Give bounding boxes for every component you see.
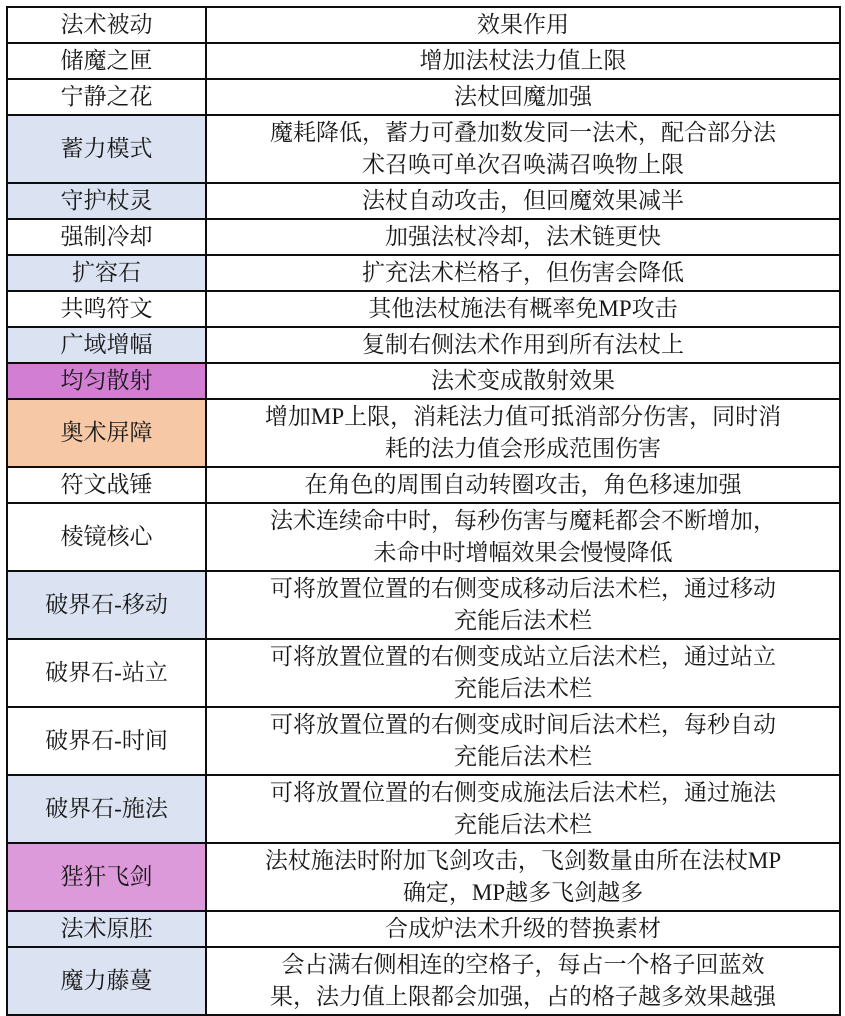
table-row: 宁静之花 法杖回魔加强: [7, 79, 840, 115]
passive-name-cell: 广域增幅: [7, 327, 206, 363]
table-row: 破界石-施法 可将放置位置的右侧变成施法后法术栏，通过施法 充能后法术栏: [7, 775, 840, 843]
passive-name-cell: 储魔之匣: [7, 43, 206, 79]
passive-name-cell: 扩容石: [7, 255, 206, 291]
table-row: 魔力藤蔓 会占满右侧相连的空格子，每占一个格子回蓝效 果，法力值上限都会加强，占…: [7, 947, 840, 1015]
passive-name-cell: 符文战锤: [7, 467, 206, 503]
passive-name-cell: 强制冷却: [7, 219, 206, 255]
table-row: 破界石-时间 可将放置位置的右侧变成时间后法术栏，每秒自动 充能后法术栏: [7, 707, 840, 775]
table-row: 法术原胚 合成炉法术升级的替换素材: [7, 911, 840, 947]
effect-cell: 法术变成散射效果: [206, 363, 840, 399]
passive-name-cell: 共鸣符文: [7, 291, 206, 327]
effect-cell: 在角色的周围自动转圈攻击，角色移速加强: [206, 467, 840, 503]
passive-name-cell: 破界石-时间: [7, 707, 206, 775]
passive-name-cell: 破界石-站立: [7, 639, 206, 707]
effect-cell: 魔耗降低，蓄力可叠加数发同一法术，配合部分法 术召唤可单次召唤满召唤物上限: [206, 115, 840, 183]
effect-cell: 增加法杖法力值上限: [206, 43, 840, 79]
effect-cell: 增加MP上限，消耗法力值可抵消部分伤害，同时消 耗的法力值会形成范围伤害: [206, 399, 840, 467]
passive-name-cell: 狴犴飞剑: [7, 843, 206, 911]
column-header-effect: 效果作用: [206, 7, 840, 43]
effect-cell: 其他法杖施法有概率免MP攻击: [206, 291, 840, 327]
effect-cell: 扩充法术栏格子，但伤害会降低: [206, 255, 840, 291]
effect-cell: 可将放置位置的右侧变成站立后法术栏，通过站立 充能后法术栏: [206, 639, 840, 707]
effect-cell: 法杖回魔加强: [206, 79, 840, 115]
effect-cell: 可将放置位置的右侧变成施法后法术栏，通过施法 充能后法术栏: [206, 775, 840, 843]
passive-name-cell: 蓄力模式: [7, 115, 206, 183]
spell-passive-table: 法术被动 效果作用 储魔之匣 增加法杖法力值上限 宁静之花 法杖回魔加强 蓄力模…: [6, 6, 841, 1016]
effect-cell: 复制右侧法术作用到所有法杖上: [206, 327, 840, 363]
passive-name-cell: 魔力藤蔓: [7, 947, 206, 1015]
passive-name-cell: 法术原胚: [7, 911, 206, 947]
page: 法术被动 效果作用 储魔之匣 增加法杖法力值上限 宁静之花 法杖回魔加强 蓄力模…: [0, 0, 845, 992]
passive-name-cell: 棱镜核心: [7, 503, 206, 571]
effect-cell: 法杖自动攻击，但回魔效果减半: [206, 183, 840, 219]
table-row: 符文战锤 在角色的周围自动转圈攻击，角色移速加强: [7, 467, 840, 503]
table-header-row: 法术被动 效果作用: [7, 7, 840, 43]
effect-cell: 加强法杖冷却，法术链更快: [206, 219, 840, 255]
passive-name-cell: 奥术屏障: [7, 399, 206, 467]
table-row: 广域增幅 复制右侧法术作用到所有法杖上: [7, 327, 840, 363]
passive-name-cell: 破界石-移动: [7, 571, 206, 639]
table-row: 储魔之匣 增加法杖法力值上限: [7, 43, 840, 79]
table-row: 奥术屏障 增加MP上限，消耗法力值可抵消部分伤害，同时消 耗的法力值会形成范围伤…: [7, 399, 840, 467]
table-row: 扩容石 扩充法术栏格子，但伤害会降低: [7, 255, 840, 291]
passive-name-cell: 宁静之花: [7, 79, 206, 115]
effect-cell: 可将放置位置的右侧变成时间后法术栏，每秒自动 充能后法术栏: [206, 707, 840, 775]
table-body: 法术被动 效果作用 储魔之匣 增加法杖法力值上限 宁静之花 法杖回魔加强 蓄力模…: [7, 7, 840, 1015]
effect-cell: 合成炉法术升级的替换素材: [206, 911, 840, 947]
table-row: 破界石-移动 可将放置位置的右侧变成移动后法术栏，通过移动 充能后法术栏: [7, 571, 840, 639]
passive-name-cell: 守护杖灵: [7, 183, 206, 219]
effect-cell: 可将放置位置的右侧变成移动后法术栏，通过移动 充能后法术栏: [206, 571, 840, 639]
table-row: 强制冷却 加强法杖冷却，法术链更快: [7, 219, 840, 255]
table-row: 棱镜核心 法术连续命中时，每秒伤害与魔耗都会不断增加， 未命中时增幅效果会慢慢降…: [7, 503, 840, 571]
column-header-passive: 法术被动: [7, 7, 206, 43]
effect-cell: 会占满右侧相连的空格子，每占一个格子回蓝效 果，法力值上限都会加强，占的格子越多…: [206, 947, 840, 1015]
effect-cell: 法杖施法时附加飞剑攻击，飞剑数量由所在法杖MP 确定，MP越多飞剑越多: [206, 843, 840, 911]
table-row: 蓄力模式 魔耗降低，蓄力可叠加数发同一法术，配合部分法 术召唤可单次召唤满召唤物…: [7, 115, 840, 183]
effect-cell: 法术连续命中时，每秒伤害与魔耗都会不断增加， 未命中时增幅效果会慢慢降低: [206, 503, 840, 571]
table-row: 破界石-站立 可将放置位置的右侧变成站立后法术栏，通过站立 充能后法术栏: [7, 639, 840, 707]
table-row: 狴犴飞剑 法杖施法时附加飞剑攻击，飞剑数量由所在法杖MP 确定，MP越多飞剑越多: [7, 843, 840, 911]
table-row: 均匀散射 法术变成散射效果: [7, 363, 840, 399]
table-row: 共鸣符文 其他法杖施法有概率免MP攻击: [7, 291, 840, 327]
passive-name-cell: 均匀散射: [7, 363, 206, 399]
table-row: 守护杖灵 法杖自动攻击，但回魔效果减半: [7, 183, 840, 219]
passive-name-cell: 破界石-施法: [7, 775, 206, 843]
